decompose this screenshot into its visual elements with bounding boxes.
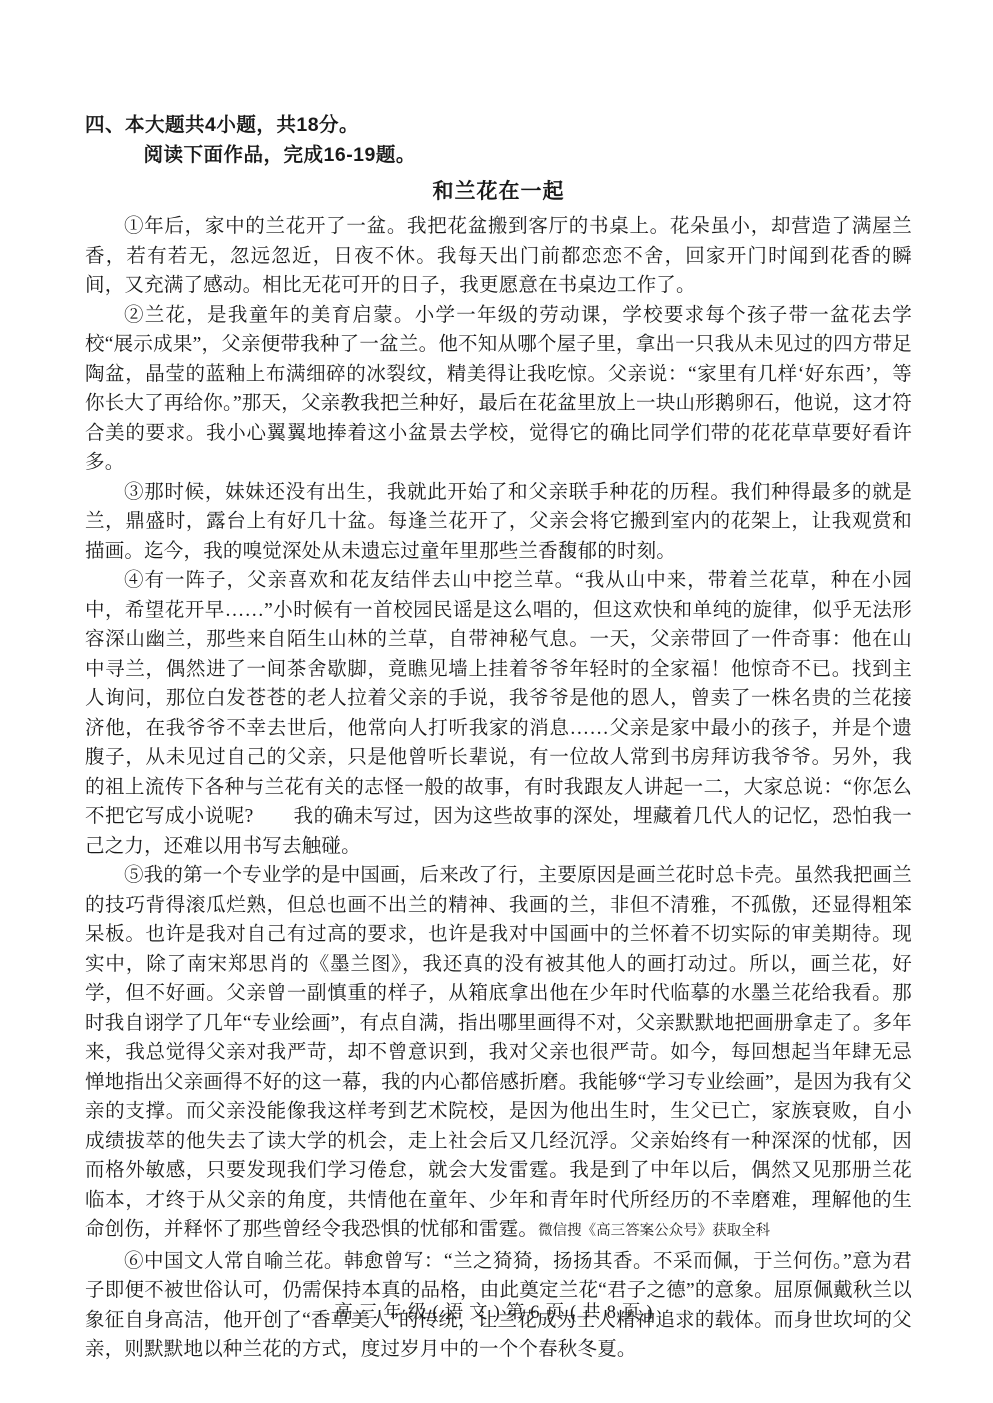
watermark-text: 微信搜《高三答案公众号》获取全科 [538, 1223, 770, 1239]
passage-paragraph-1: ①年后，家中的兰花开了一盆。我把花盆搬到客厅的书桌上。花朵虽小，却营造了满屋兰香… [85, 212, 912, 301]
document-content: 四、本大题共4小题，共18分。 阅读下面作品，完成16-19题。 和兰花在一起 … [85, 110, 912, 1365]
document-page: 四、本大题共4小题，共18分。 阅读下面作品，完成16-19题。 和兰花在一起 … [0, 0, 993, 1403]
passage-paragraph-5: ⑤我的第一个专业学的是中国画，后来改了行，主要原因是画兰花时总卡壳。虽然我把画兰… [85, 861, 912, 1247]
passage-paragraph-2: ②兰花，是我童年的美育启蒙。小学一年级的劳动课，学校要求每个孩子带一盆花去学校“… [85, 301, 912, 478]
passage-title: 和兰花在一起 [85, 175, 912, 205]
passage-paragraph-3: ③那时候，妹妹还没有出生，我就此开始了和父亲联手种花的历程。我们种得最多的就是兰… [85, 478, 912, 567]
page-footer: 高三年级(语文)第6页(共8页) [0, 1298, 993, 1324]
passage-paragraph-5-text: ⑤我的第一个专业学的是中国画，后来改了行，主要原因是画兰花时总卡壳。虽然我把画兰… [85, 865, 912, 1240]
reading-instruction: 阅读下面作品，完成16-19题。 [85, 140, 912, 170]
section-header: 四、本大题共4小题，共18分。 [85, 110, 912, 140]
passage-paragraph-4: ④有一阵子，父亲喜欢和花友结伴去山中挖兰草。“我从山中来，带着兰花草，种在小园中… [85, 566, 912, 861]
